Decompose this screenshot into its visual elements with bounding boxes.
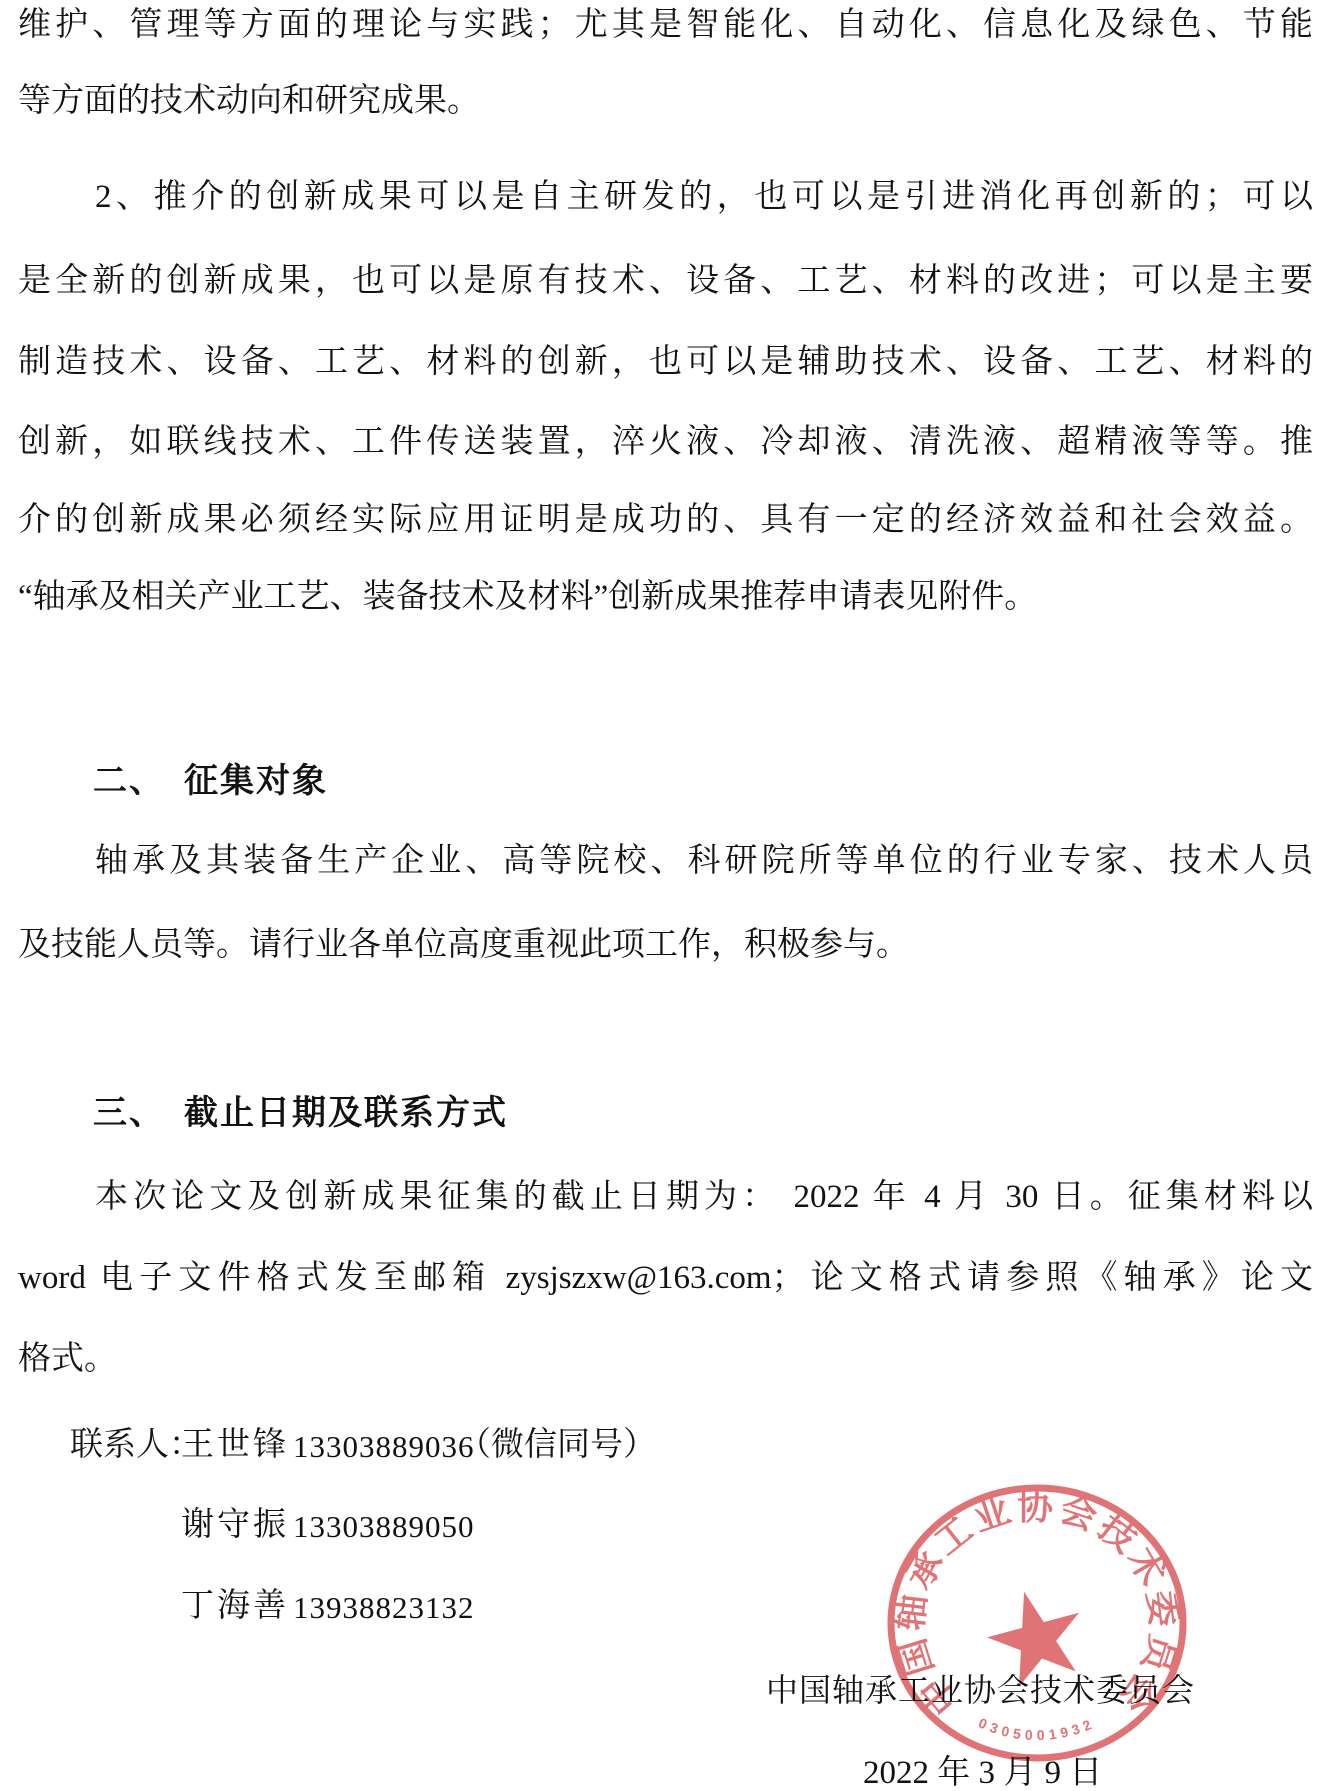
seal-serial-holder: 0305001932 [976, 1715, 1098, 1744]
seal-serial: 0305001932 [976, 1715, 1098, 1744]
contact-name: 王世锋 [181, 1428, 289, 1463]
body-line: 格式。 [18, 1342, 1313, 1377]
body-line: 是全新的创新成果，也可以是原有技术、设备、工艺、材料的改进；可以是主要 [18, 264, 1313, 299]
contact-name: 谢守振 [181, 1508, 289, 1543]
official-seal: 中国轴承工业协会技术委员会 0305001932 [882, 1478, 1194, 1768]
section-heading-3: 三、 截止日期及联系方式 [18, 1095, 1313, 1131]
seal-ring [891, 1488, 1183, 1758]
body-line: 制造技术、设备、工艺、材料的创新，也可以是辅助技术、设备、工艺、材料的 [18, 345, 1313, 380]
signature-date: 2022 年 3 月 9 日 [863, 1756, 1102, 1791]
contact-name: 丁海善 [181, 1589, 289, 1624]
signature-org: 中国轴承工业协会技术委员会 [766, 1674, 1195, 1708]
body-line: 等方面的技术动向和研究成果。 [18, 84, 1313, 119]
body-line: 维护、管理等方面的理论与实践；尤其是智能化、自动化、信息化及绿色、节能 [18, 8, 1313, 43]
contact-phone: 13938823132 [293, 1592, 475, 1625]
section-heading-2: 二、 征集对象 [18, 763, 1313, 799]
document-page: 维护、管理等方面的理论与实践；尤其是智能化、自动化、信息化及绿色、节能 等方面的… [0, 0, 1331, 1791]
body-line: 及技能人员等。请行业各单位高度重视此项工作，积极参与。 [18, 928, 1313, 963]
contact-phone: 13303889036 [293, 1431, 475, 1464]
contact-phone: 13303889050 [293, 1511, 475, 1544]
body-line: 本次论文及创新成果征集的截止日期为： 2022 年 4 月 30 日。征集材料以 [18, 1180, 1313, 1215]
contact-note: （微信同号） [458, 1428, 656, 1463]
body-line: 轴承及其装备生产企业、高等院校、科研院所等单位的行业专家、技术人员 [18, 844, 1313, 879]
body-line: 2、推介的创新成果可以是自主研发的，也可以是引进消化再创新的；可以 [18, 180, 1313, 215]
body-line: 创新，如联线技术、工件传送装置，淬火液、冷却液、清洗液、超精液等等。推 [18, 425, 1313, 460]
body-line: 介的创新成果必须经实际应用证明是成功的、具有一定的经济效益和社会效益。 [18, 503, 1313, 538]
body-line: “轴承及相关产业工艺、装备技术及材料”创新成果推荐申请表见附件。 [18, 580, 1313, 615]
body-line: word 电子文件格式发至邮箱 zysjszxw@163.com；论文格式请参照… [18, 1261, 1313, 1296]
